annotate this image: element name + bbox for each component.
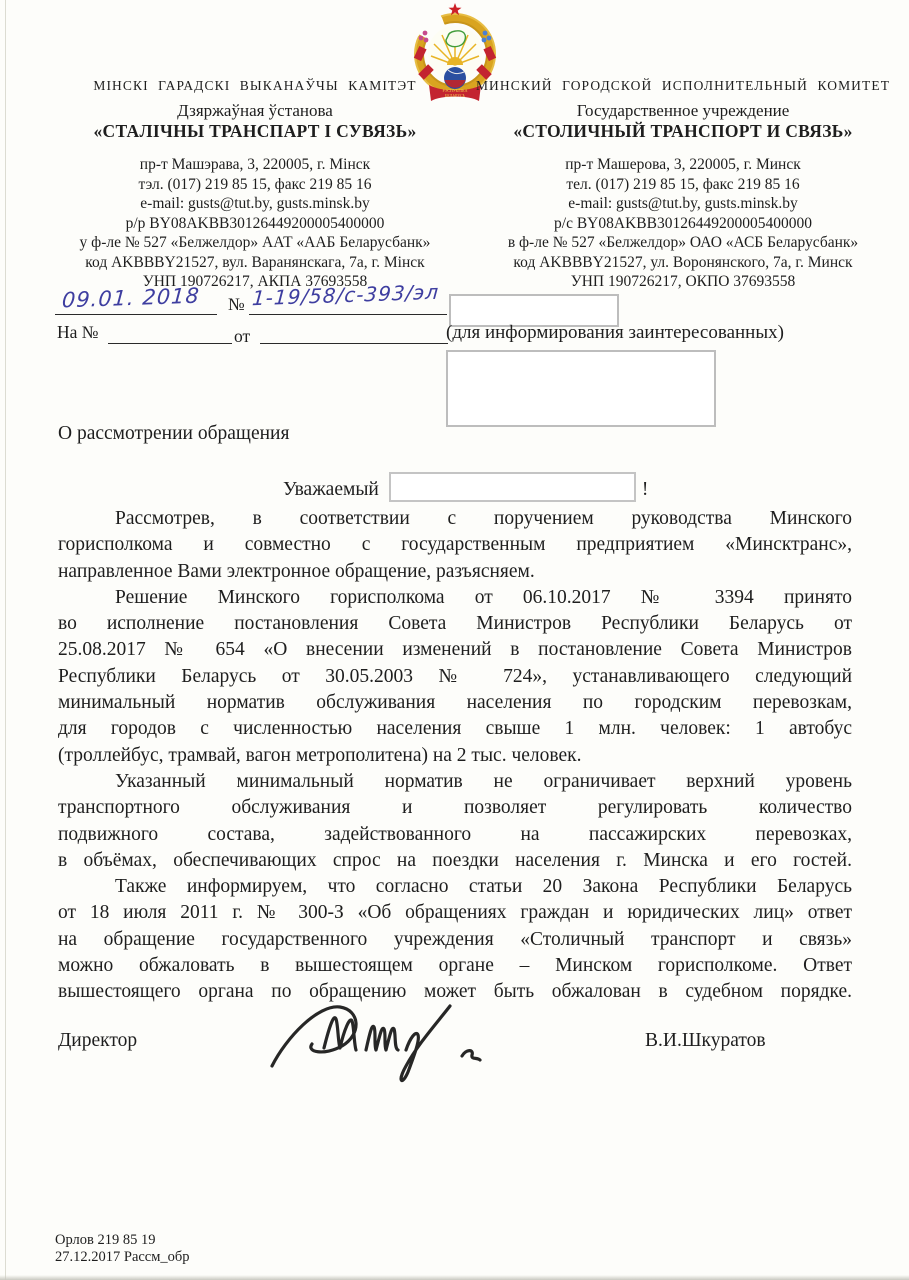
body-line: можно обжаловать в вышестоящем органе – … — [58, 953, 852, 979]
from-underline — [260, 343, 448, 344]
org-name-by: «СТАЛІЧНЫ ТРАНСПАРТ І СУВЯЗЬ» — [40, 121, 470, 142]
body-line: направленное Вами электронное обращение,… — [58, 559, 852, 585]
address-line: р/с BY08AKBB30126449200005400000 — [468, 214, 898, 234]
body-line: во исполнение постановления Совета Минис… — [58, 611, 852, 637]
on-number-underline — [108, 343, 232, 344]
executor-phone: Орлов 219 85 19 — [55, 1232, 190, 1249]
address-line: e-mail: gusts@tut.by, gusts.minsk.by — [468, 194, 898, 214]
address-line: р/р BY08AKBB30126449200005400000 — [40, 214, 470, 234]
letterhead-russian: МИНСКИЙ ГОРОДСКОЙ ИСПОЛНИТЕЛЬНЫЙ КОМИТЕТ… — [468, 78, 898, 292]
body-line: Решение Минского горисполкома от 06.10.2… — [58, 585, 852, 611]
body-line: для городов с численностью населения свы… — [58, 716, 852, 742]
executor-note: Орлов 219 85 19 27.12.2017 Рассм_обр — [55, 1232, 190, 1265]
scanned-letter-page: РЭСПУБЛІКА БЕЛАРУСЬ МІНСКІ ГАРАДСКІ ВЫКА… — [0, 0, 909, 1280]
address-line: e-mail: gusts@tut.by, gusts.minsk.by — [40, 194, 470, 214]
address-line: тэл. (017) 219 85 15, факс 219 85 16 — [40, 175, 470, 195]
address-line: пр-т Машерова, 3, 220005, г. Минск — [468, 155, 898, 175]
letter-body: Рассмотрев, в соответствии с поручением … — [58, 506, 852, 1006]
committee-name-by: МІНСКІ ГАРАДСКІ ВЫКАНАЎЧЫ КАМІТЭТ — [40, 78, 470, 94]
greeting-exclamation: ! — [642, 479, 649, 500]
address-line: УНП 190726217, ОКПО 37693558 — [468, 272, 898, 292]
redacted-address-box — [446, 350, 716, 427]
address-line: код AKBBBY21527, ул. Воронянского, 7а, г… — [468, 253, 898, 273]
signer-name: В.И.Шкуратов — [645, 1030, 766, 1052]
body-line: транспортного обслуживания и позволяет р… — [58, 795, 852, 821]
from-label: от — [234, 326, 250, 347]
body-line: Рассмотрев, в соответствии с поручением … — [58, 506, 852, 532]
body-line: минимальный норматив обслуживания населе… — [58, 690, 852, 716]
signer-title: Директор — [58, 1030, 137, 1052]
address-line: тел. (017) 219 85 15, факс 219 85 16 — [468, 175, 898, 195]
handwritten-date: 09.01. 2018 — [61, 284, 201, 313]
address-line: код AKBBBY21527, вул. Варанянскага, 7а, … — [40, 253, 470, 273]
addressee-caption: (для информирования заинтересованных) — [446, 322, 784, 344]
address-line: пр-т Машэрава, 3, 220005, г. Мінск — [40, 155, 470, 175]
greeting-line: Уважаемый! — [58, 472, 852, 502]
greeting-prefix: Уважаемый — [283, 479, 379, 500]
body-line: 25.08.2017 № 654 «О внесении изменений в… — [58, 637, 852, 663]
committee-name-ru: МИНСКИЙ ГОРОДСКОЙ ИСПОЛНИТЕЛЬНЫЙ КОМИТЕТ — [468, 78, 898, 94]
director-signature — [266, 994, 514, 1089]
org-type-ru: Государственное учреждение — [468, 101, 898, 121]
date-underline — [55, 314, 217, 315]
scan-edge-artifact — [5, 0, 6, 1280]
body-line: Также информируем, что согласно статьи 2… — [58, 874, 852, 900]
body-line: горисполкома и совместно с государственн… — [58, 532, 852, 558]
redacted-name-box — [389, 472, 636, 502]
org-name-ru: «СТОЛИЧНЫЙ ТРАНСПОРТ И СВЯЗЬ» — [468, 121, 898, 142]
letterhead-belarusian: МІНСКІ ГАРАДСКІ ВЫКАНАЎЧЫ КАМІТЭТ Дзяржа… — [40, 78, 470, 292]
body-line: в объёмах, обеспечивающих спрос на поезд… — [58, 848, 852, 874]
executor-file-note: 27.12.2017 Рассм_обр — [55, 1249, 190, 1266]
org-type-by: Дзяржаўная ўстанова — [40, 101, 470, 121]
body-line: Указанный минимальный норматив не ограни… — [58, 769, 852, 795]
body-line: Республики Беларусь от 30.05.2003 № 724»… — [58, 664, 852, 690]
handwritten-outgoing-number: 1-19/58/с-393/эл — [251, 280, 440, 311]
address-line: у ф-ле № 527 «Белжелдор» ААТ «ААБ Белару… — [40, 233, 470, 253]
on-number-label: На № — [57, 322, 98, 343]
number-underline — [249, 314, 447, 315]
belarus-map-outline — [446, 31, 465, 47]
body-line: подвижного состава, задействованного на … — [58, 822, 852, 848]
subject-line: О рассмотрении обращения — [58, 423, 289, 445]
scan-bottom-shadow — [0, 1275, 909, 1280]
address-line: в ф-ле № 527 «Белжелдор» ОАО «АСБ Белару… — [468, 233, 898, 253]
body-line: на обращение государственного учреждения… — [58, 927, 852, 953]
number-sign-label: № — [228, 294, 245, 315]
body-line: (троллейбус, трамвай, вагон метрополитен… — [58, 743, 852, 769]
body-line: от 18 июля 2011 г. № 300-З «Об обращения… — [58, 900, 852, 926]
